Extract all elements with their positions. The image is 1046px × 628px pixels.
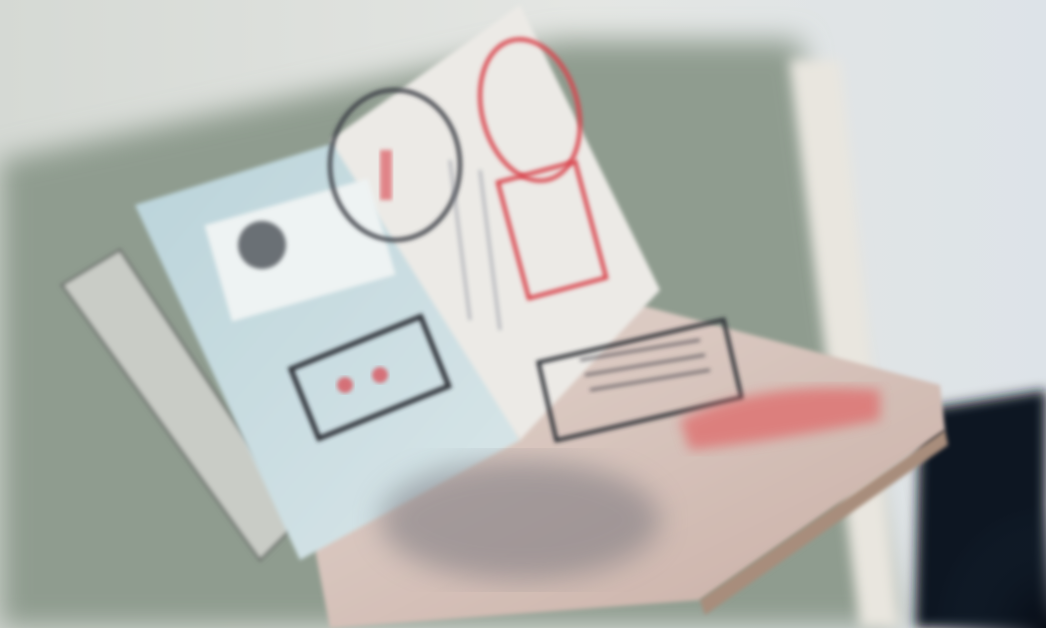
- stamp-red-dot: [372, 367, 388, 383]
- photo-watermark-face: [238, 221, 286, 269]
- stamp-red-dot: [337, 377, 353, 393]
- lower-page-shadow: [380, 460, 660, 580]
- round-stamp-marks: [380, 150, 392, 200]
- corner-vignette: [820, 380, 1046, 628]
- passport-photo: [0, 0, 1046, 628]
- passport-illustration: [0, 0, 1046, 628]
